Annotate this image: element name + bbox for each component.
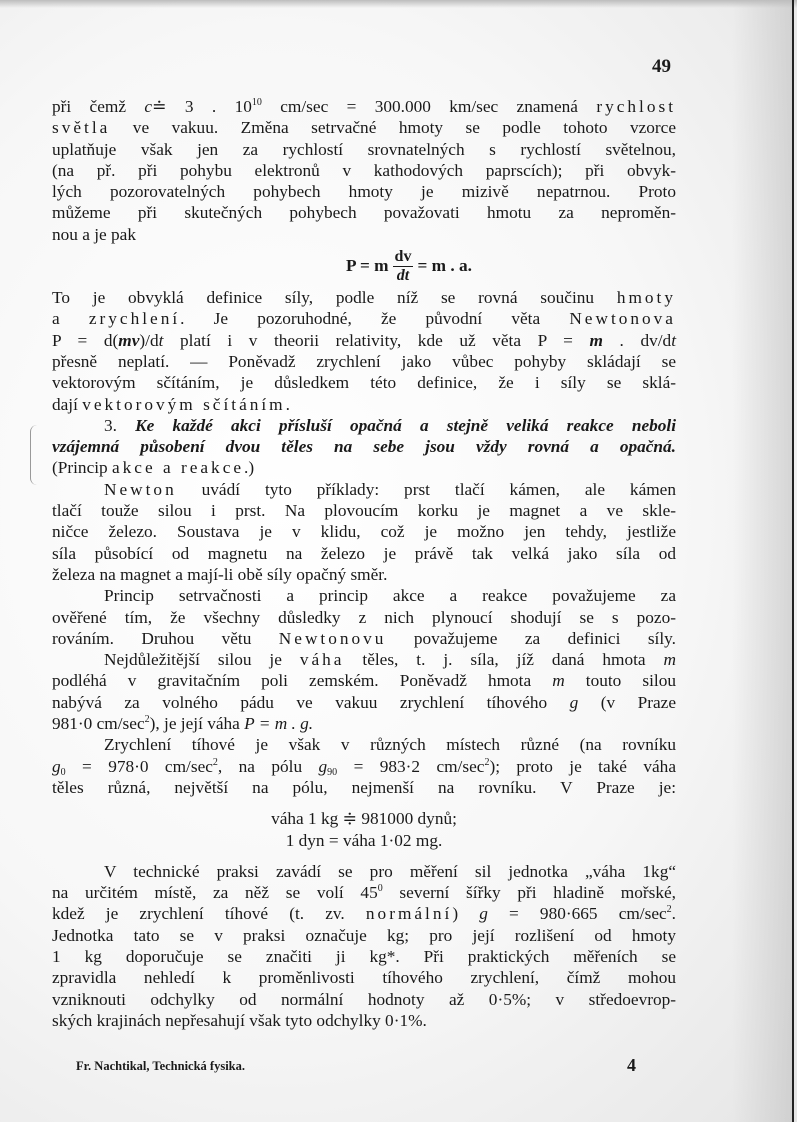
text-line: světla ve vakuu. Změna setrvačné hmoty s… — [52, 117, 676, 138]
text-line: dají vektorovým sčítáním. — [52, 394, 676, 415]
spacer — [52, 851, 676, 861]
text-line: zpravidla nehledí k proměnlivosti tíhové… — [52, 967, 676, 988]
text-line: (Princip akce a reakce.) — [52, 457, 676, 478]
text-line: podléhá v gravitačním poli zemském. Poně… — [52, 670, 676, 691]
text-line: při čemž c≐ 3 . 1010 cm/sec = 300.000 km… — [52, 96, 676, 117]
text-line: ských krajinách nepřesahují však tyto od… — [52, 1010, 676, 1031]
text-line: lých pozorovatelných pohybech hmoty je m… — [52, 181, 676, 202]
text-line: na určitém místě, za něž se volí 450 sev… — [52, 882, 676, 903]
text-line: (na př. při pohybu elektronů v kathodový… — [52, 160, 676, 181]
page-number: 49 — [652, 56, 671, 78]
text-line: kdež je zrychlení tíhové (t. zv. normáln… — [52, 903, 676, 924]
scan-top-shadow — [0, 0, 797, 8]
text-line: přesně neplatí. — Poněvadž zrychlení jak… — [52, 351, 676, 372]
signature-mark: 4 — [627, 1055, 636, 1076]
text-line: můžeme při skutečných pohybech považovat… — [52, 202, 676, 223]
text-line: V technické praksi zavádí se pro měření … — [52, 861, 676, 882]
text-line: tlačí touže silou i prst. Na plovoucím k… — [52, 500, 676, 521]
text-line: uplatňuje však jen za rychlostí srovnate… — [52, 139, 676, 160]
text-line: g0 = 978·0 cm/sec2, na pólu g90 = 983·2 … — [52, 756, 676, 777]
formula-force-definition: P = m dv dt = m . a. — [52, 245, 676, 287]
text-line: Zrychlení tíhové je však v různých míste… — [52, 734, 676, 755]
text-line: 981·0 cm/sec2), je její váha P = m . g. — [52, 713, 676, 734]
equation-dyn: 1 dyn = váha 1·02 mg. — [52, 830, 676, 851]
text-line: rováním. Druhou větu Newtonovu považujem… — [52, 628, 676, 649]
text-line: ověřené tím, že všechny důsledky z nich … — [52, 607, 676, 628]
text-line: vektorovým sčítáním, je důsledkem této d… — [52, 372, 676, 393]
text-line: železa na magnet a mají-li obě síly opač… — [52, 564, 676, 585]
text-line: nou a je pak — [52, 224, 676, 245]
text-line: Jednotka tato se v praksi označuje kg; p… — [52, 925, 676, 946]
footer-author-title: Fr. Nachtikal, Technická fysika. — [76, 1059, 245, 1076]
fraction: dv dt — [393, 248, 414, 285]
text-line: Newton uvádí tyto příklady: prst tlačí k… — [52, 479, 676, 500]
text-line: Nejdůležitější silou je váha těles, t. j… — [52, 649, 676, 670]
text-line: nabývá za volného pádu ve vakuu zrychlen… — [52, 692, 676, 713]
text-line: a zrychlení. Je pozoruhodné, že původní … — [52, 308, 676, 329]
page-footer: Fr. Nachtikal, Technická fysika. 4 — [76, 1059, 636, 1076]
text-line: těles různá, největší na pólu, nejmenší … — [52, 777, 676, 798]
text-line: P = d(mv)/dt platí i v theorii relativit… — [52, 330, 676, 351]
scan-right-shadow — [732, 0, 792, 1122]
text-line: vzniknouti odchylky od normální hodnoty … — [52, 989, 676, 1010]
law-statement: vzájemná působení dvou těles na sebe jso… — [52, 436, 676, 457]
text-line: Princip setrvačnosti a princip akce a re… — [52, 585, 676, 606]
law-statement: 3. Ke každé akci přísluší opačná a stejn… — [52, 415, 676, 436]
text-line: 1 kg doporučuje se značiti ji kg*. Při p… — [52, 946, 676, 967]
text-line: síla působící od magnetu na železo je pr… — [52, 543, 676, 564]
margin-pencil-mark — [30, 425, 37, 485]
equation-weight: váha 1 kg ≑ 981000 dynů; — [52, 808, 676, 829]
text-line: ničce železo. Soustava je v klidu, což j… — [52, 521, 676, 542]
spacer — [52, 798, 676, 808]
page-body: při čemž c≐ 3 . 1010 cm/sec = 300.000 km… — [52, 96, 676, 1031]
text-line: To je obvyklá definice síly, podle níž s… — [52, 287, 676, 308]
page-edge-line — [792, 0, 794, 1122]
